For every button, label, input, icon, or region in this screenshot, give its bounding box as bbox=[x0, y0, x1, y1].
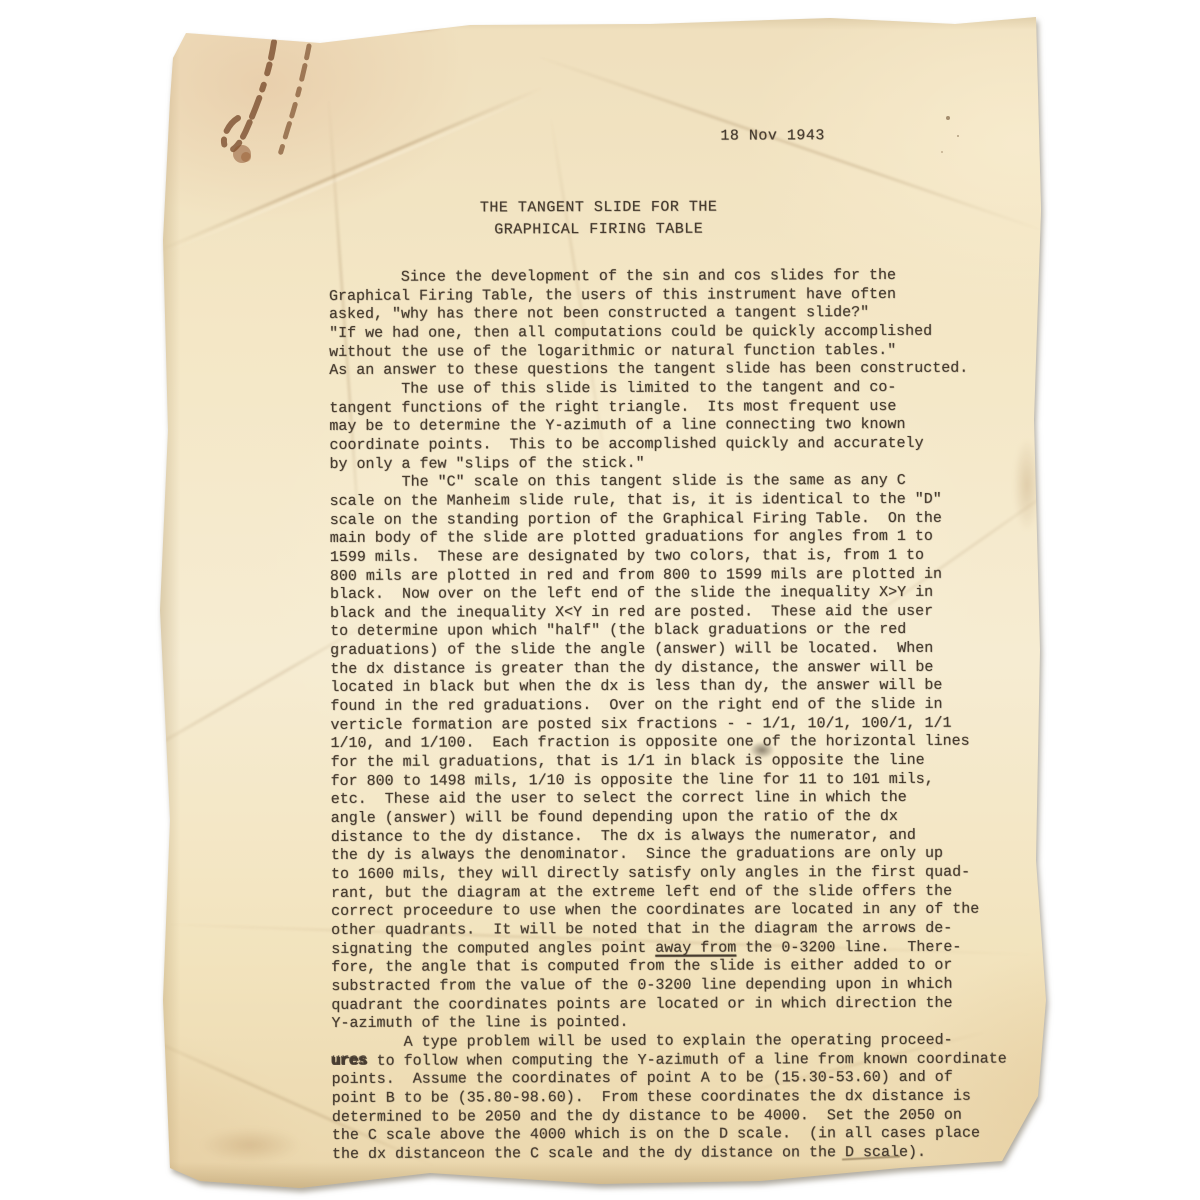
paragraph-1: Since the development of the sin and cos… bbox=[329, 267, 968, 379]
overstruck-word: ures bbox=[332, 1052, 368, 1069]
document-body: Since the development of the sin and cos… bbox=[329, 267, 1022, 1165]
document-title: THE TANGENT SLIDE FOR THE GRAPHICAL FIRI… bbox=[399, 196, 799, 240]
paper-sheet: 18 Nov 1943 THE TANGENT SLIDE FOR THE GR… bbox=[0, 0, 1200, 1200]
paper-shadow-wrap: 18 Nov 1943 THE TANGENT SLIDE FOR THE GR… bbox=[0, 0, 1200, 1200]
paragraph-2: The use of this slide is limited to the … bbox=[329, 379, 923, 473]
title-line-2: GRAPHICAL FIRING TABLE bbox=[399, 218, 799, 241]
typed-content: 18 Nov 1943 THE TANGENT SLIDE FOR THE GR… bbox=[0, 0, 1200, 1200]
scanned-document: 18 Nov 1943 THE TANGENT SLIDE FOR THE GR… bbox=[0, 0, 1200, 1200]
paragraph-3-before-underline: The "C" scale on this tangent slide is t… bbox=[330, 472, 980, 957]
document-date: 18 Nov 1943 bbox=[720, 127, 825, 144]
title-line-1: THE TANGENT SLIDE FOR THE bbox=[399, 196, 799, 219]
underlined-phrase: away from bbox=[655, 939, 736, 956]
paragraph-4-rest: to follow when computing the Y-azimuth o… bbox=[332, 1050, 1007, 1163]
paragraph-4-line-1: A type problem will be used to explain t… bbox=[332, 1032, 953, 1051]
